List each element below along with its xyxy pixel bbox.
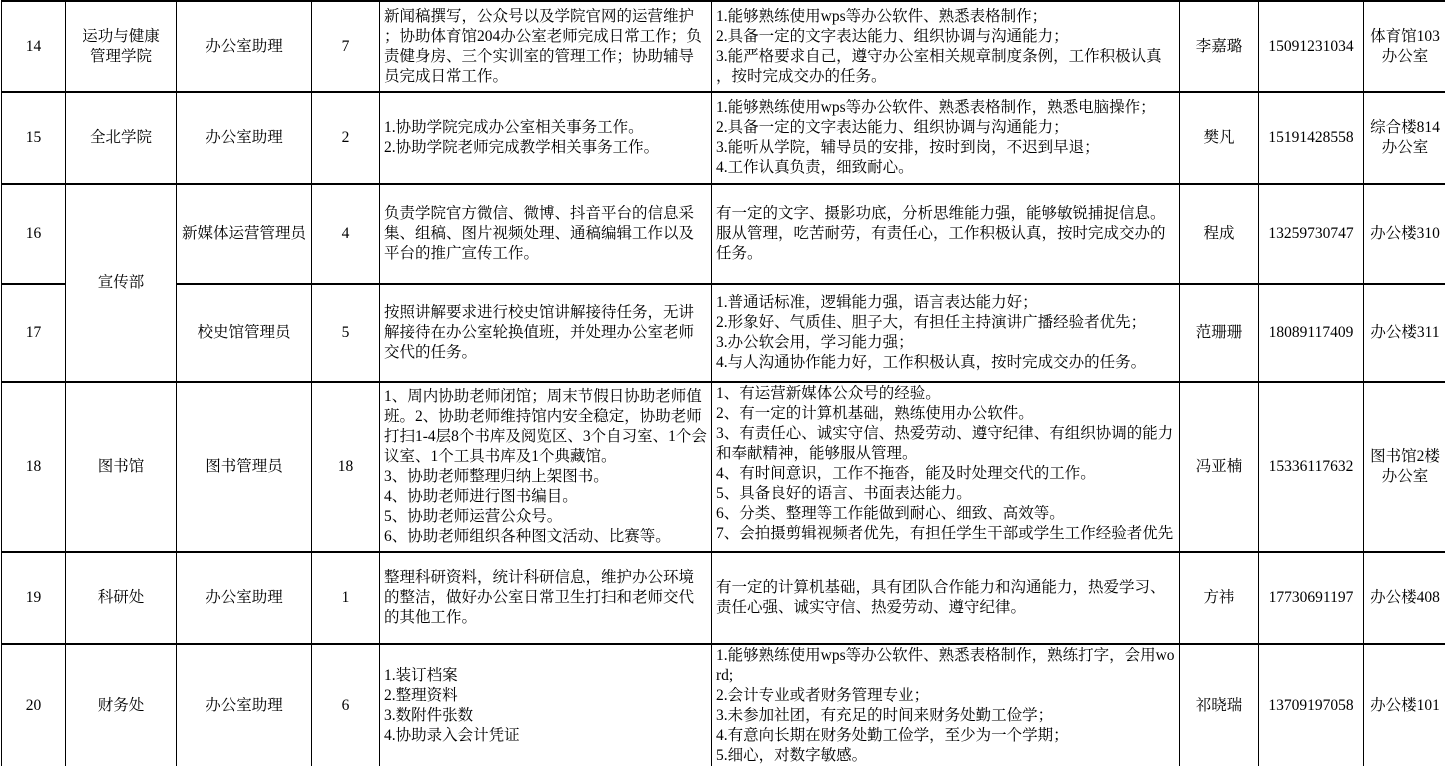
position-cell: 新媒体运营管理员 xyxy=(177,184,312,284)
duties-cell: 整理科研资料，统计科研信息，维护办公环境的整洁，做好办公室日常卫生打扫和老师交代… xyxy=(380,552,712,644)
office-cell: 体育馆103 办公室 xyxy=(1364,1,1445,92)
count-cell: 5 xyxy=(312,284,380,382)
table-row: 19 科研处 办公室助理 1 整理科研资料，统计科研信息，维护办公环境的整洁，做… xyxy=(2,552,1445,644)
count-cell: 1 xyxy=(312,552,380,644)
duties-cell: 按照讲解要求进行校史馆讲解接待任务，无讲解接待在办公室轮换值班，并处理办公室老师… xyxy=(380,284,712,382)
contact-name-cell: 范珊珊 xyxy=(1180,284,1259,382)
duties-cell: 1.协助学院完成办公室相关事务工作。 2.协助学院老师完成教学相关事务工作。 xyxy=(380,92,712,184)
office-cell: 办公楼310 xyxy=(1364,184,1445,284)
table-row: 15 全北学院 办公室助理 2 1.协助学院完成办公室相关事务工作。 2.协助学… xyxy=(2,92,1445,184)
row-number-cell: 16 xyxy=(2,184,66,284)
office-cell: 图书馆2楼 办公室 xyxy=(1364,382,1445,552)
phone-cell: 15336117632 xyxy=(1259,382,1364,552)
table-row: 20 财务处 办公室助理 6 1.装订档案 2.整理资料 3.数附件张数 4.协… xyxy=(2,644,1445,766)
requirements-cell: 有一定的文字、摄影功底，分析思维能力强，能够敏锐捕捉信息。服从管理，吃苦耐劳，有… xyxy=(712,184,1180,284)
contact-name-cell: 程成 xyxy=(1180,184,1259,284)
row-number-cell: 19 xyxy=(2,552,66,644)
table-row: 17 校史馆管理员 5 按照讲解要求进行校史馆讲解接待任务，无讲解接待在办公室轮… xyxy=(2,284,1445,382)
department-cell-merged: 宣传部 xyxy=(66,184,177,382)
position-cell: 校史馆管理员 xyxy=(177,284,312,382)
row-number-cell: 15 xyxy=(2,92,66,184)
count-cell: 4 xyxy=(312,184,380,284)
phone-cell: 13259730747 xyxy=(1259,184,1364,284)
duties-cell: 新闻稿撰写，公众号以及学院官网的运营维护；协助体育馆204办公室老师完成日常工作… xyxy=(380,1,712,92)
phone-cell: 15191428558 xyxy=(1259,92,1364,184)
contact-name-cell: 祁晓瑞 xyxy=(1180,644,1259,766)
office-cell: 办公楼311 xyxy=(1364,284,1445,382)
requirements-cell: 1、有运营新媒体公众号的经验。 2、有一定的计算机基础，熟练使用办公软件。 3、… xyxy=(712,382,1180,552)
duties-cell: 1、周内协助老师闭馆；周末节假日协助老师值班。2、协助老师维持馆内安全稳定，协助… xyxy=(380,382,712,552)
position-cell: 办公室助理 xyxy=(177,1,312,92)
department-cell: 科研处 xyxy=(66,552,177,644)
table-row: 16 宣传部 新媒体运营管理员 4 负责学院官方微信、微博、抖音平台的信息采集、… xyxy=(2,184,1445,284)
requirements-cell: 1.普通话标准，逻辑能力强，语言表达能力好； 2.形象好、气质佳、胆子大，有担任… xyxy=(712,284,1180,382)
row-number-cell: 18 xyxy=(2,382,66,552)
recruitment-table: 14 运功与健康 管理学院 办公室助理 7 新闻稿撰写，公众号以及学院官网的运营… xyxy=(1,0,1445,766)
phone-cell: 17730691197 xyxy=(1259,552,1364,644)
requirements-cell: 1.能够熟练使用wps等办公软件、熟悉表格制作，熟练打字，会用word; 2.会… xyxy=(712,644,1180,766)
department-cell: 全北学院 xyxy=(66,92,177,184)
position-cell: 办公室助理 xyxy=(177,92,312,184)
department-cell: 运功与健康 管理学院 xyxy=(66,1,177,92)
contact-name-cell: 方祎 xyxy=(1180,552,1259,644)
count-cell: 7 xyxy=(312,1,380,92)
contact-name-cell: 樊凡 xyxy=(1180,92,1259,184)
position-cell: 办公室助理 xyxy=(177,644,312,766)
department-cell: 图书馆 xyxy=(66,382,177,552)
count-cell: 6 xyxy=(312,644,380,766)
phone-cell: 15091231034 xyxy=(1259,1,1364,92)
phone-cell: 13709197058 xyxy=(1259,644,1364,766)
office-cell: 综合楼814 办公室 xyxy=(1364,92,1445,184)
count-cell: 2 xyxy=(312,92,380,184)
duties-cell: 1.装订档案 2.整理资料 3.数附件张数 4.协助录入会计凭证 xyxy=(380,644,712,766)
office-cell: 办公楼101 xyxy=(1364,644,1445,766)
position-cell: 办公室助理 xyxy=(177,552,312,644)
table-row: 14 运功与健康 管理学院 办公室助理 7 新闻稿撰写，公众号以及学院官网的运营… xyxy=(2,1,1445,92)
department-cell: 财务处 xyxy=(66,644,177,766)
row-number-cell: 17 xyxy=(2,284,66,382)
office-cell: 办公楼408 xyxy=(1364,552,1445,644)
requirements-text: 1、有运营新媒体公众号的经验。 2、有一定的计算机基础，熟练使用办公软件。 3、… xyxy=(716,384,1175,550)
requirements-cell: 1.能够熟练使用wps等办公软件、熟悉表格制作，熟悉电脑操作； 2.具备一定的文… xyxy=(712,92,1180,184)
requirements-cell: 1.能够熟练使用wps等办公软件、熟悉表格制作； 2.具备一定的文字表达能力、组… xyxy=(712,1,1180,92)
requirements-cell: 有一定的计算机基础，具有团队合作能力和沟通能力，热爱学习、责任心强、诚实守信、热… xyxy=(712,552,1180,644)
duties-text: 1、周内协助老师闭馆；周末节假日协助老师值班。2、协助老师维持馆内安全稳定，协助… xyxy=(384,387,707,547)
count-cell: 18 xyxy=(312,382,380,552)
table-row: 18 图书馆 图书管理员 18 1、周内协助老师闭馆；周末节假日协助老师值班。2… xyxy=(2,382,1445,552)
row-number-cell: 14 xyxy=(2,1,66,92)
contact-name-cell: 李嘉璐 xyxy=(1180,1,1259,92)
phone-cell: 18089117409 xyxy=(1259,284,1364,382)
duties-cell: 负责学院官方微信、微博、抖音平台的信息采集、组稿、图片视频处理、通稿编辑工作以及… xyxy=(380,184,712,284)
position-cell: 图书管理员 xyxy=(177,382,312,552)
contact-name-cell: 冯亚楠 xyxy=(1180,382,1259,552)
row-number-cell: 20 xyxy=(2,644,66,766)
